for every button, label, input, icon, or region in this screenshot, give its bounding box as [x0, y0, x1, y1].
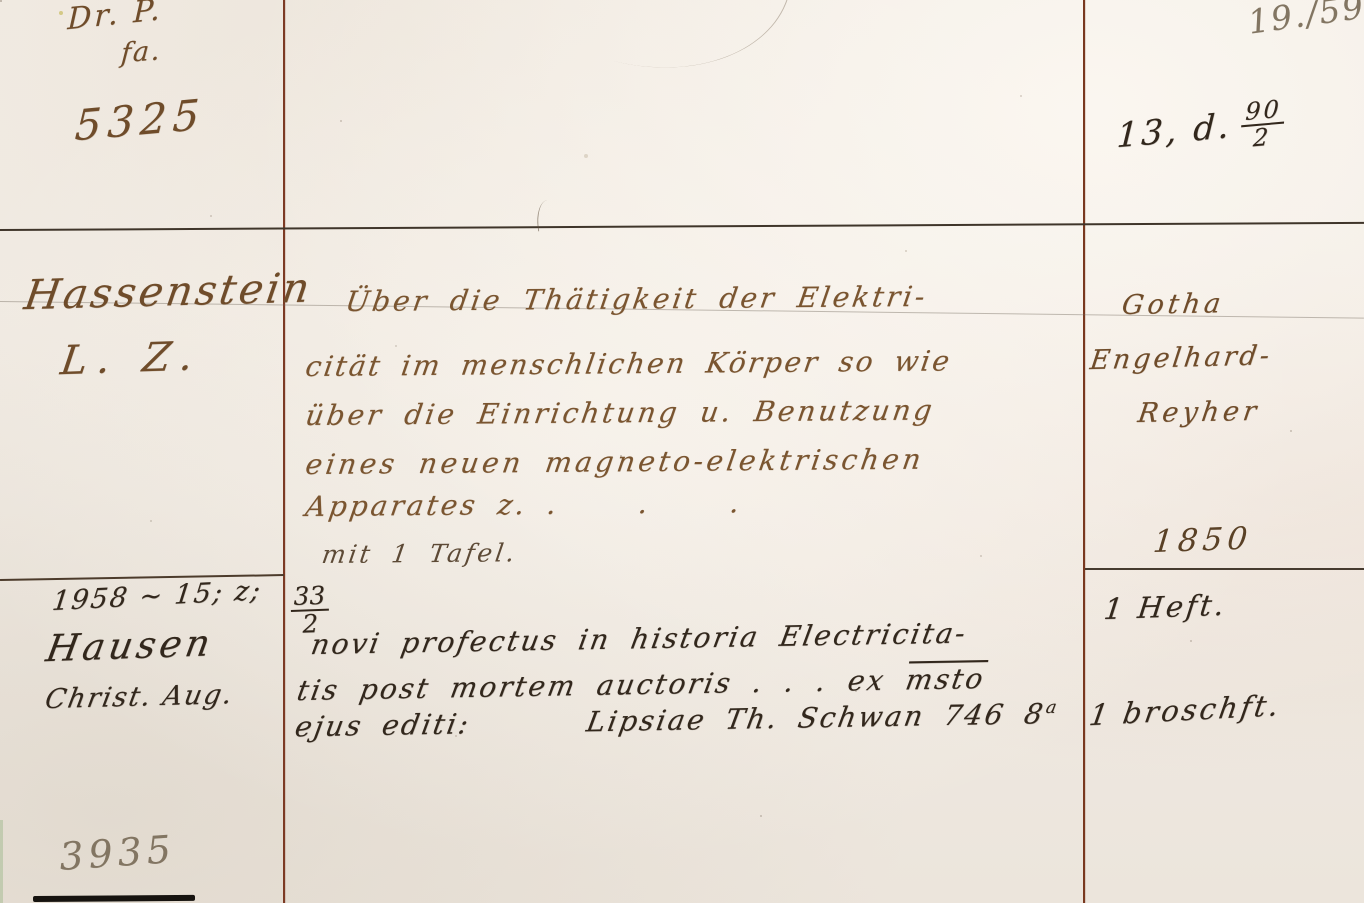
pen-flick [534, 199, 561, 232]
vertical-rule-left-column [283, 0, 285, 903]
paper-speckles [0, 0, 2, 2]
shelfmark-top-right: 13, d. 90 2 [1115, 97, 1285, 162]
class-mark-line2: fa. [120, 37, 163, 68]
class-mark-line1: Dr. P. [67, 0, 163, 36]
shelfmark-fraction-denominator: 2 [1252, 124, 1271, 150]
entry2-shelfmark: 1958 ~ 15; z; [50, 577, 263, 617]
entry2-author: Hausen [43, 624, 217, 669]
entry1-title-line5: Apparates z. . . . [304, 488, 745, 521]
pencil-number-bottom-left: 3935 [58, 830, 177, 878]
catalog-card: Dr. P. fa. 5325 19./59 13, d. 90 2 Hasse… [0, 0, 1364, 903]
entry2-fraction-numerator: 33 [290, 584, 329, 612]
accession-number: 5325 [74, 93, 207, 149]
entry1-year: 1850 [1152, 523, 1254, 559]
card-edge-artifact [0, 820, 3, 903]
shelfmark-fraction: 90 2 [1240, 97, 1285, 151]
vertical-rule-right-column [1083, 0, 1085, 903]
entry1-title-line3: über die Einrichtung u. Benutzung [304, 396, 937, 431]
entry1-place: Gotha [1120, 290, 1226, 320]
entry1-author: Hassenstein [22, 266, 316, 317]
entry1-title-line2: cität im menschlichen Körper so wie [304, 346, 954, 381]
entry2-manuscript-abbreviation: msto [903, 662, 988, 696]
entry2-author-forenames: Christ. Aug. [43, 681, 236, 714]
entry2-title-line3: ejus editi: Lipsiae Th. Schwan 746 8a [293, 699, 1061, 742]
pencil-number-top-right: 19./59 [1246, 0, 1364, 40]
entry1-extent: 1 Heft. [1102, 590, 1228, 625]
entry1-title-line4: eines neuen magneto-elektrischen [304, 445, 927, 480]
entry1-illustration-note: mit 1 Tafel. [320, 540, 519, 568]
horizontal-rule-mid-right [1085, 568, 1364, 570]
bottom-edge-bar [33, 895, 195, 902]
scratch-mark [588, 0, 790, 98]
horizontal-rule-top [0, 222, 1364, 231]
shelfmark-prefix: 13, d. [1116, 109, 1233, 155]
entry2-binding-note: 1 broschft. [1087, 690, 1284, 731]
entry1-author-initials: L. Z. [58, 335, 206, 382]
entry2-format-superscript: a [1044, 698, 1060, 718]
entry1-publisher-line2: Reyher [1136, 398, 1262, 429]
entry2-title-line1: novi profectus in historia Electricita- [309, 619, 970, 660]
entry1-publisher-line1: Engelhard- [1088, 342, 1273, 375]
entry1-title-line1: Über die Thätigkeit der Elektri- [344, 282, 930, 317]
